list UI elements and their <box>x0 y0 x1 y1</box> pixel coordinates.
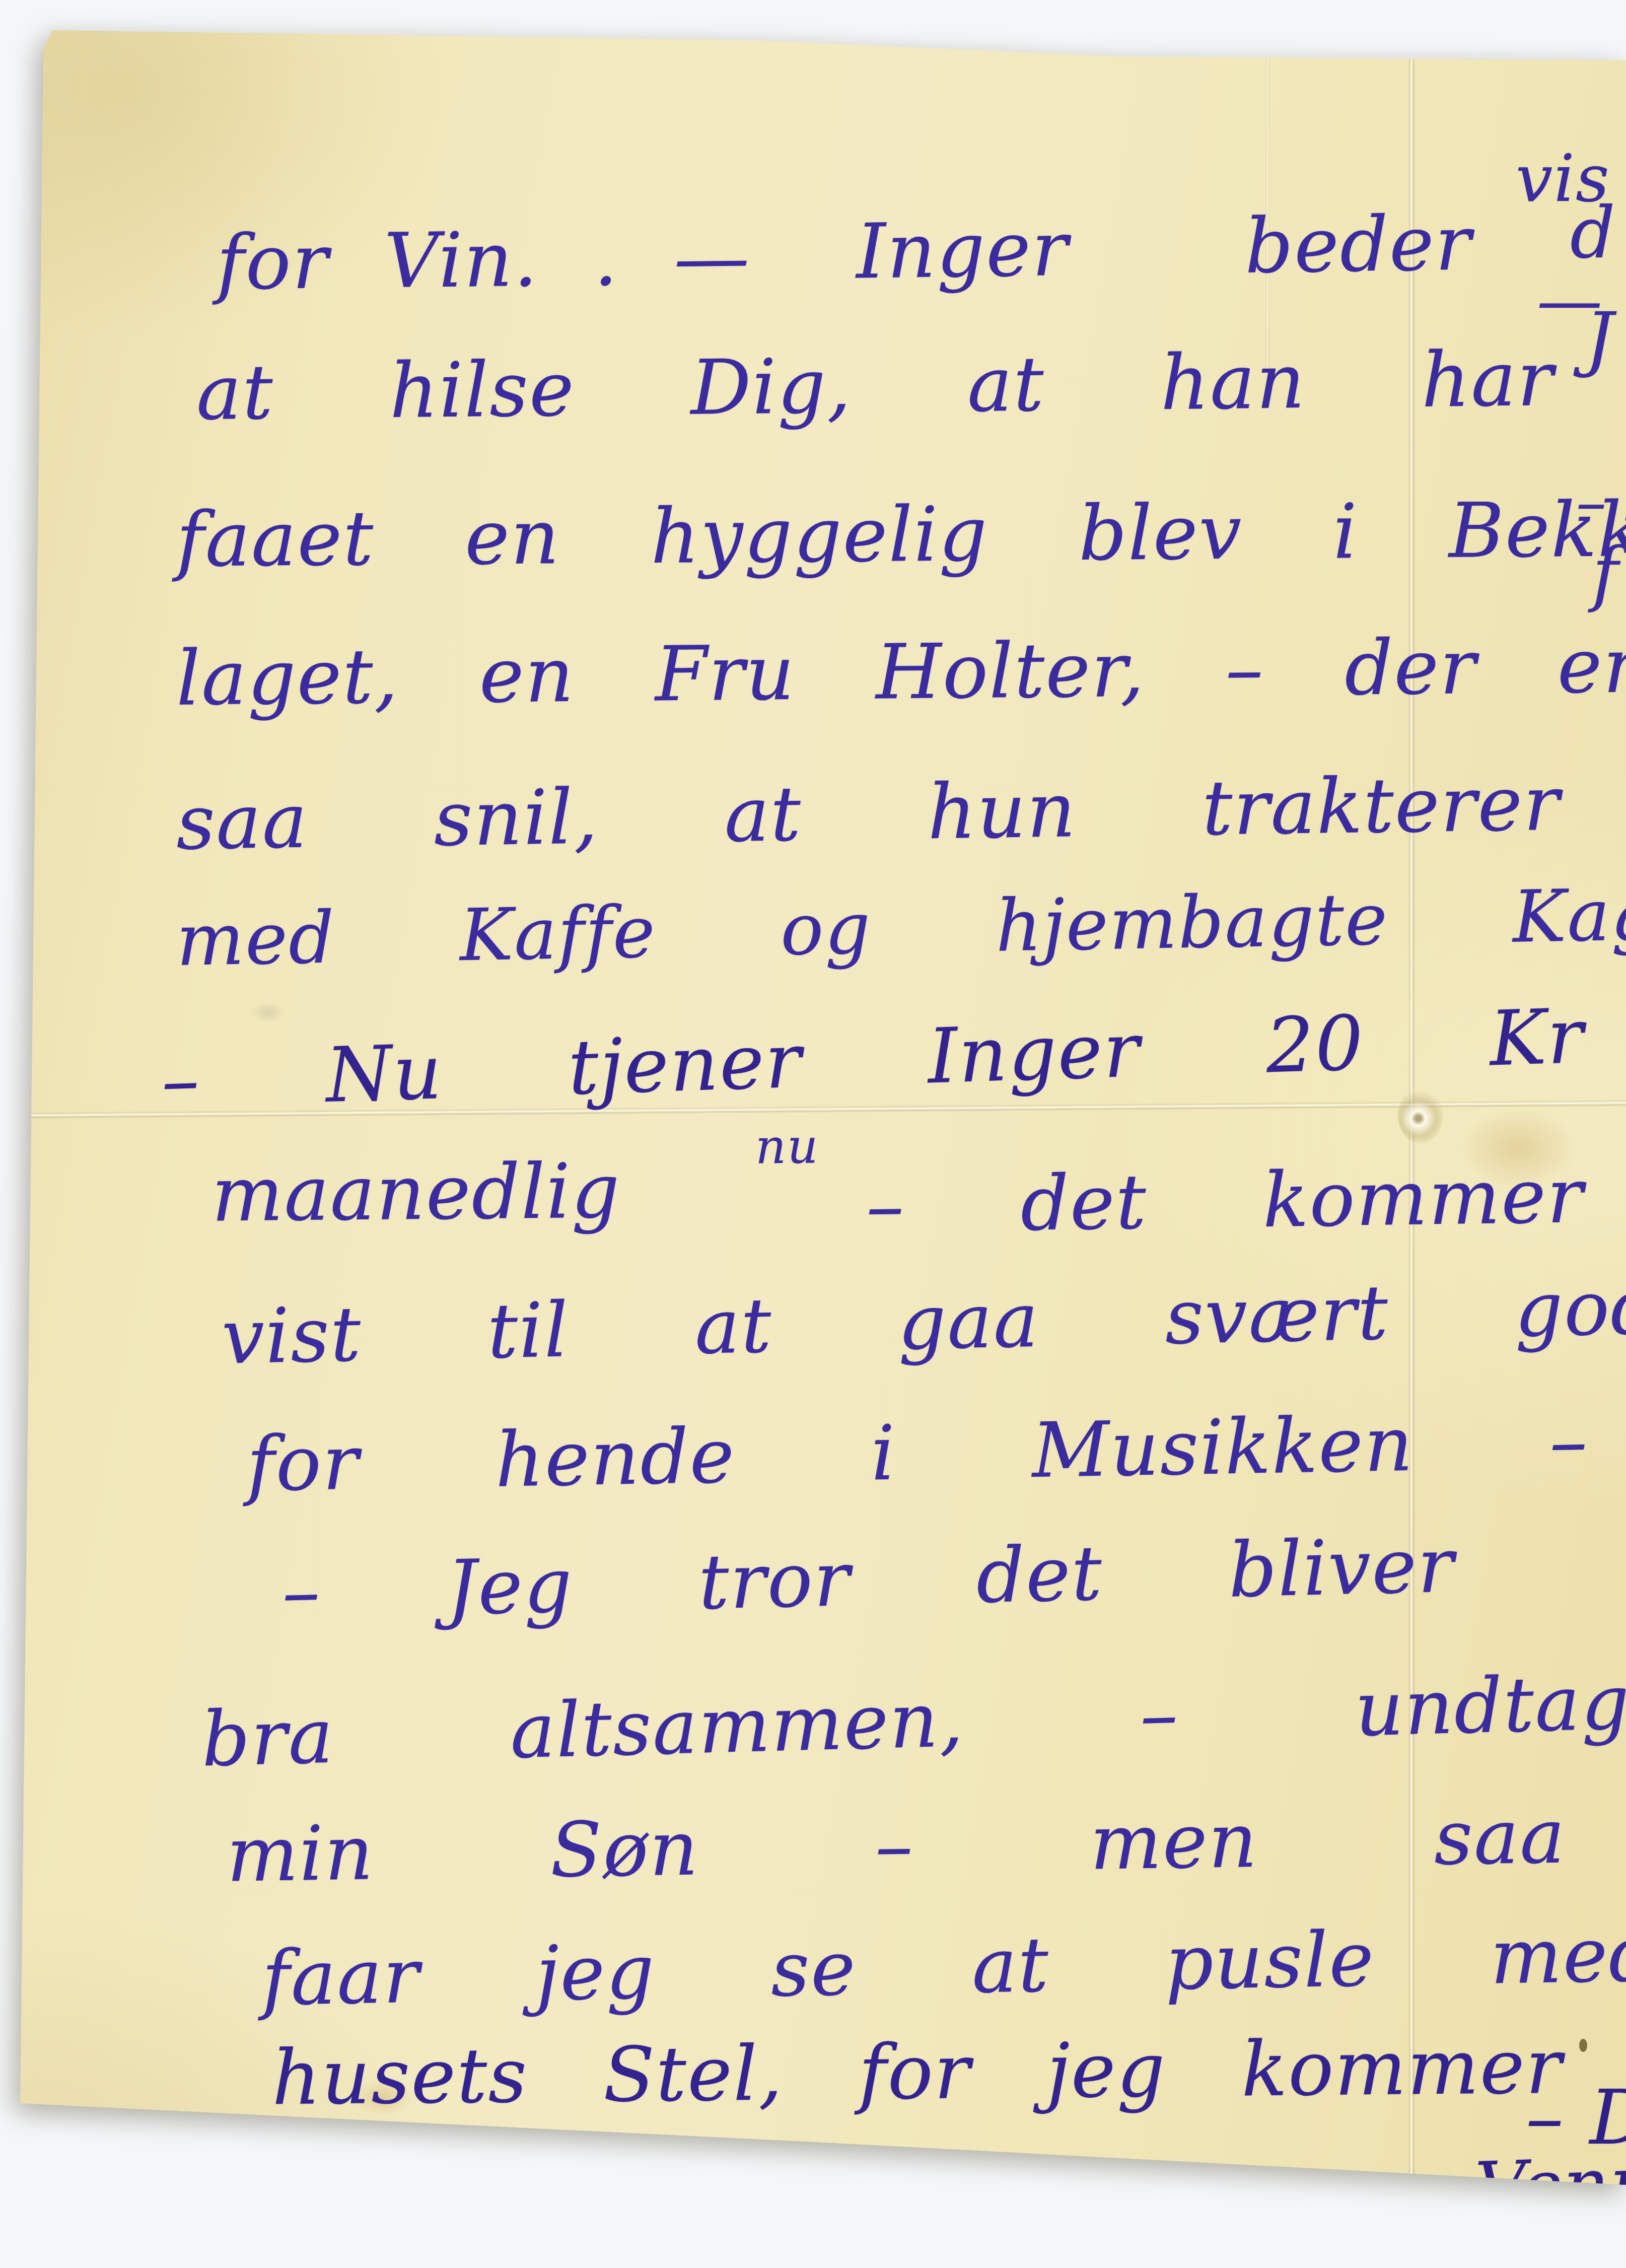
scan-background: { "colors": { "scan_background": "#f4f6f… <box>0 0 1626 2268</box>
closing-fragment-venn: Venn <box>1474 2142 1626 2230</box>
handwritten-line-3: faaet en hyggelig blev i Bekke <box>176 486 1626 584</box>
handwritten-line-14: faar jeg se at pusle med <box>261 1911 1626 2023</box>
handwritten-line-8: maanedlig <box>211 1147 621 1239</box>
handwritten-line-10: for hende i Musikken – <box>246 1398 1589 1508</box>
right-edge-fragment-f: f <box>1592 533 1619 615</box>
handwritten-line-9: vist til at gaa svært godt <box>221 1263 1626 1381</box>
handwritten-line-1b: Inger beder <box>856 199 1473 296</box>
inserted-word-above-line-8: nu <box>755 1119 819 1175</box>
right-edge-fragment-dash2: – <box>1576 467 1607 537</box>
paper-speck <box>1579 2039 1587 2052</box>
paper-shadow: for Vin. . — Inger beder at hilse Dig, a… <box>0 0 1626 2268</box>
fold-pinch-hole <box>1398 1088 1443 1143</box>
handwritten-line-5: saa snil, at hun trakterer <box>176 760 1561 867</box>
handwritten-line-2: at hilse Dig, at han har <box>196 335 1554 437</box>
paper-smudge <box>250 1002 286 1022</box>
handwritten-line-4: laget, en Fru Holter, – der er <box>176 622 1626 722</box>
handwritten-line-8-cont: – det kommer <box>866 1152 1585 1250</box>
letter-paper: for Vin. . — Inger beder at hilse Dig, a… <box>0 0 1626 2268</box>
handwritten-line-13: min Søn – men saa <box>226 1793 1567 1899</box>
handwritten-line-1a: for Vin. . — <box>216 214 751 307</box>
right-edge-fragment-j: J <box>1585 298 1614 380</box>
handwritten-line-15: husets Stel, for jeg kommer <box>271 2023 1563 2122</box>
handwritten-line-11: – Jeg tror det bliver <box>281 1522 1455 1636</box>
